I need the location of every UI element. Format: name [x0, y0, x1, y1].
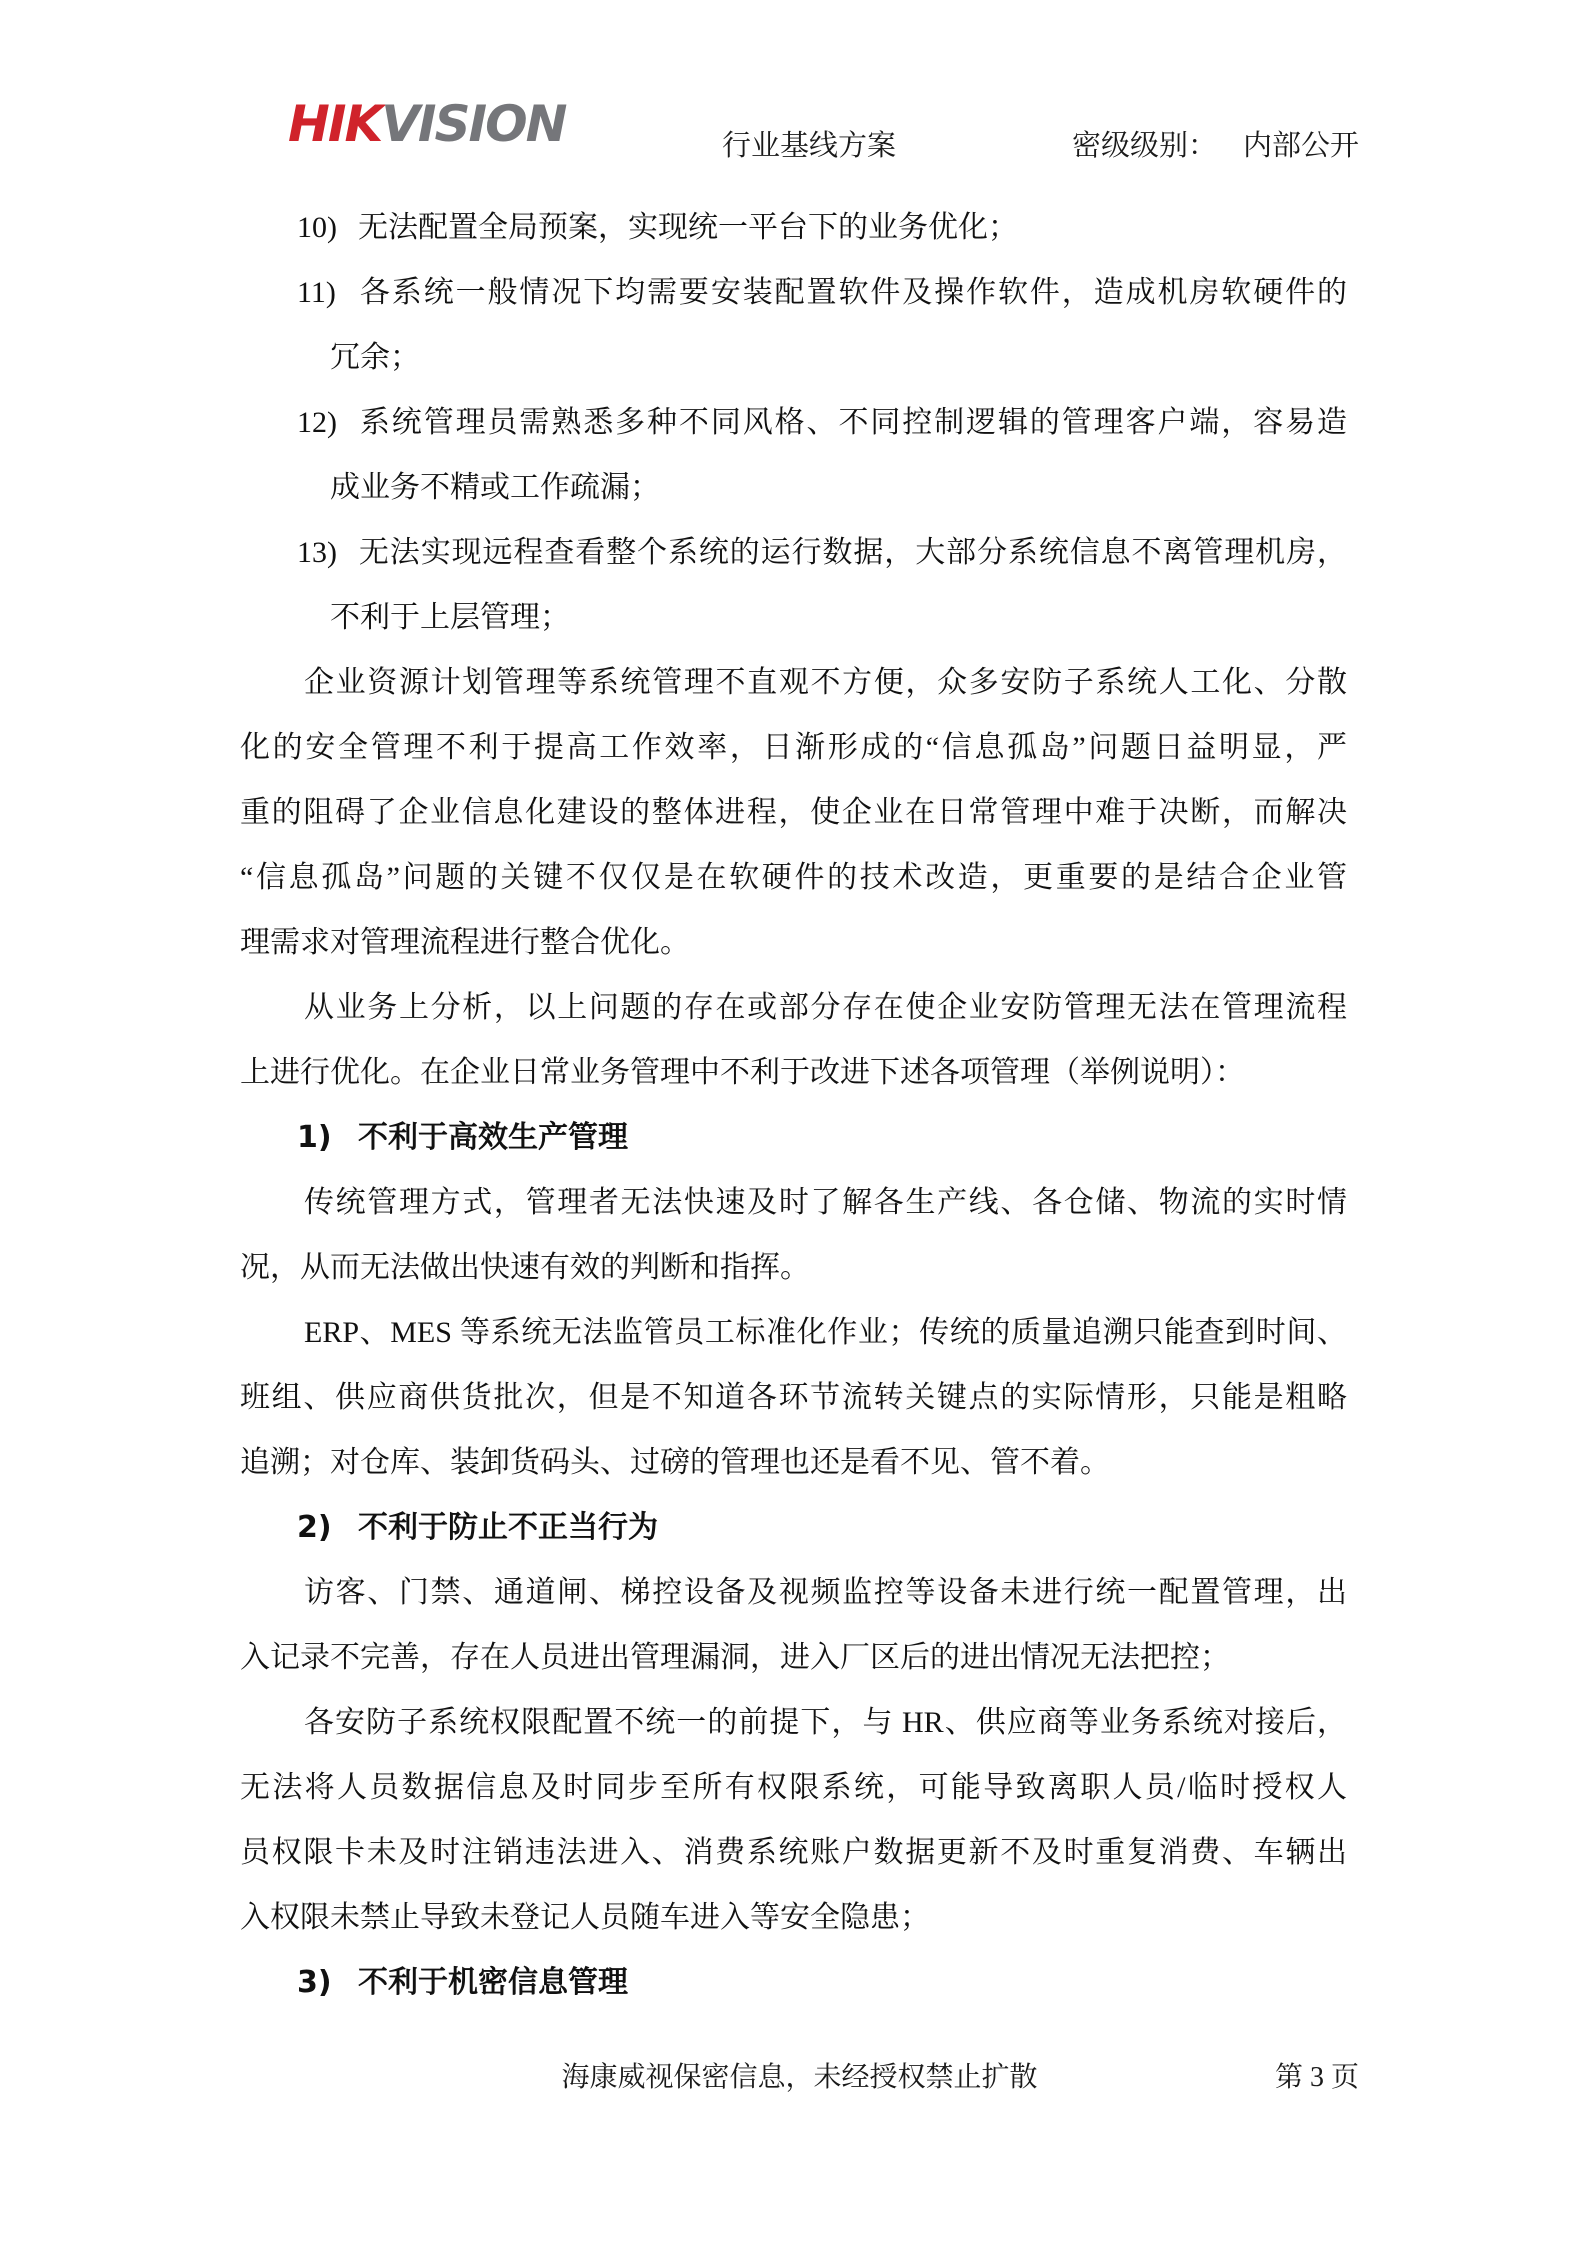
text-line: 从业务上分析，以上问题的存在或部分存在使企业安防管理无法在管理流程	[240, 975, 1347, 1040]
item-number: 1)	[297, 1105, 358, 1170]
paragraph: ERP、MES 等系统无法监管员工标准化作业；传统的质量追溯只能查到时间、班组、…	[240, 1300, 1347, 1495]
item-number: 10)	[297, 195, 358, 260]
text-line: 上进行优化。在企业日常业务管理中不利于改进下述各项管理（举例说明）：	[240, 1040, 1347, 1105]
text-line: “信息孤岛”问题的关键不仅仅是在软硬件的技术改造，更重要的是结合企业管	[240, 845, 1347, 910]
text-line: 班组、供应商供货批次，但是不知道各环节流转关键点的实际情形，只能是粗略	[240, 1365, 1347, 1430]
text-line: 10)无法配置全局预案，实现统一平台下的业务优化；	[330, 195, 1347, 260]
header-secrecy: 密级级别：内部公开	[1072, 128, 1359, 164]
numbered-item: 12)系统管理员需熟悉多种不同风格、不同控制逻辑的管理客户端，容易造成业务不精或…	[240, 390, 1347, 520]
text-line: 13)无法实现远程查看整个系统的运行数据，大部分系统信息不离管理机房，	[330, 520, 1347, 585]
text-line: 企业资源计划管理等系统管理不直观不方便，众多安防子系统人工化、分散	[240, 650, 1347, 715]
section-heading: 3)不利于机密信息管理	[240, 1950, 1347, 2015]
paragraph: 访客、门禁、通道闸、梯控设备及视频监控等设备未进行统一配置管理，出入记录不完善，…	[240, 1560, 1347, 1690]
logo-hik: HIK	[288, 95, 381, 153]
document-page: HIKVISION 行业基线方案 密级级别：内部公开 10)无法配置全局预案，实…	[0, 0, 1587, 2245]
page-number: 第 3 页	[1275, 2058, 1359, 2098]
text-line: 传统管理方式，管理者无法快速及时了解各生产线、各仓储、物流的实时情	[240, 1170, 1347, 1235]
text-line: 成业务不精或工作疏漏；	[330, 455, 1347, 520]
text-line: 入记录不完善，存在人员进出管理漏洞，进入厂区后的进出情况无法把控；	[240, 1625, 1347, 1690]
text-line: 员权限卡未及时注销违法进入、消费系统账户数据更新不及时重复消费、车辆出	[240, 1820, 1347, 1885]
page-header: HIKVISION 行业基线方案 密级级别：内部公开	[0, 0, 1587, 180]
text-line: 3)不利于机密信息管理	[330, 1950, 1347, 2015]
text-line: 访客、门禁、通道闸、梯控设备及视频监控等设备未进行统一配置管理，出	[240, 1560, 1347, 1625]
paragraph: 企业资源计划管理等系统管理不直观不方便，众多安防子系统人工化、分散化的安全管理不…	[240, 650, 1347, 975]
item-number: 12)	[297, 390, 358, 455]
item-number: 13)	[297, 520, 358, 585]
text-line: 不利于上层管理；	[330, 585, 1347, 650]
item-number: 11)	[297, 260, 358, 325]
text-line: 2)不利于防止不正当行为	[330, 1495, 1347, 1560]
section-heading: 1)不利于高效生产管理	[240, 1105, 1347, 1170]
text-line: 冗余；	[330, 325, 1347, 390]
logo-vision: VISION	[381, 95, 565, 153]
paragraph: 从业务上分析，以上问题的存在或部分存在使企业安防管理无法在管理流程上进行优化。在…	[240, 975, 1347, 1105]
text-line: 入权限未禁止导致未登记人员随车进入等安全隐患；	[240, 1885, 1347, 1950]
secrecy-value: 内部公开	[1243, 130, 1359, 162]
numbered-item: 11)各系统一般情况下均需要安装配置软件及操作软件，造成机房软硬件的冗余；	[240, 260, 1347, 390]
secrecy-label: 密级级别：	[1072, 130, 1217, 162]
text-line: 11)各系统一般情况下均需要安装配置软件及操作软件，造成机房软硬件的	[330, 260, 1347, 325]
confidentiality-notice: 海康威视保密信息，未经授权禁止扩散	[240, 2058, 1359, 2098]
text-line: 理需求对管理流程进行整合优化。	[240, 910, 1347, 975]
text-line: 1)不利于高效生产管理	[330, 1105, 1347, 1170]
header-doc-type: 行业基线方案	[722, 128, 896, 164]
text-line: 化的安全管理不利于提高工作效率，日渐形成的“信息孤岛”问题日益明显，严	[240, 715, 1347, 780]
hikvision-logo: HIKVISION	[288, 96, 565, 152]
text-line: ERP、MES 等系统无法监管员工标准化作业；传统的质量追溯只能查到时间、	[240, 1300, 1347, 1365]
text-line: 各安防子系统权限配置不统一的前提下，与 HR、供应商等业务系统对接后，	[240, 1690, 1347, 1755]
document-body: 10)无法配置全局预案，实现统一平台下的业务优化；11)各系统一般情况下均需要安…	[240, 195, 1347, 2015]
numbered-item: 13)无法实现远程查看整个系统的运行数据，大部分系统信息不离管理机房，不利于上层…	[240, 520, 1347, 650]
item-number: 2)	[297, 1495, 358, 1560]
numbered-item: 10)无法配置全局预案，实现统一平台下的业务优化；	[240, 195, 1347, 260]
section-heading: 2)不利于防止不正当行为	[240, 1495, 1347, 1560]
text-line: 无法将人员数据信息及时同步至所有权限系统，可能导致离职人员/临时授权人	[240, 1755, 1347, 1820]
text-line: 况，从而无法做出快速有效的判断和指挥。	[240, 1235, 1347, 1300]
paragraph: 各安防子系统权限配置不统一的前提下，与 HR、供应商等业务系统对接后，无法将人员…	[240, 1690, 1347, 1950]
paragraph: 传统管理方式，管理者无法快速及时了解各生产线、各仓储、物流的实时情况，从而无法做…	[240, 1170, 1347, 1300]
text-line: 12)系统管理员需熟悉多种不同风格、不同控制逻辑的管理客户端，容易造	[330, 390, 1347, 455]
text-line: 重的阻碍了企业信息化建设的整体进程，使企业在日常管理中难于决断，而解决	[240, 780, 1347, 845]
item-number: 3)	[297, 1950, 358, 2015]
text-line: 追溯；对仓库、装卸货码头、过磅的管理也还是看不见、管不着。	[240, 1430, 1347, 1495]
